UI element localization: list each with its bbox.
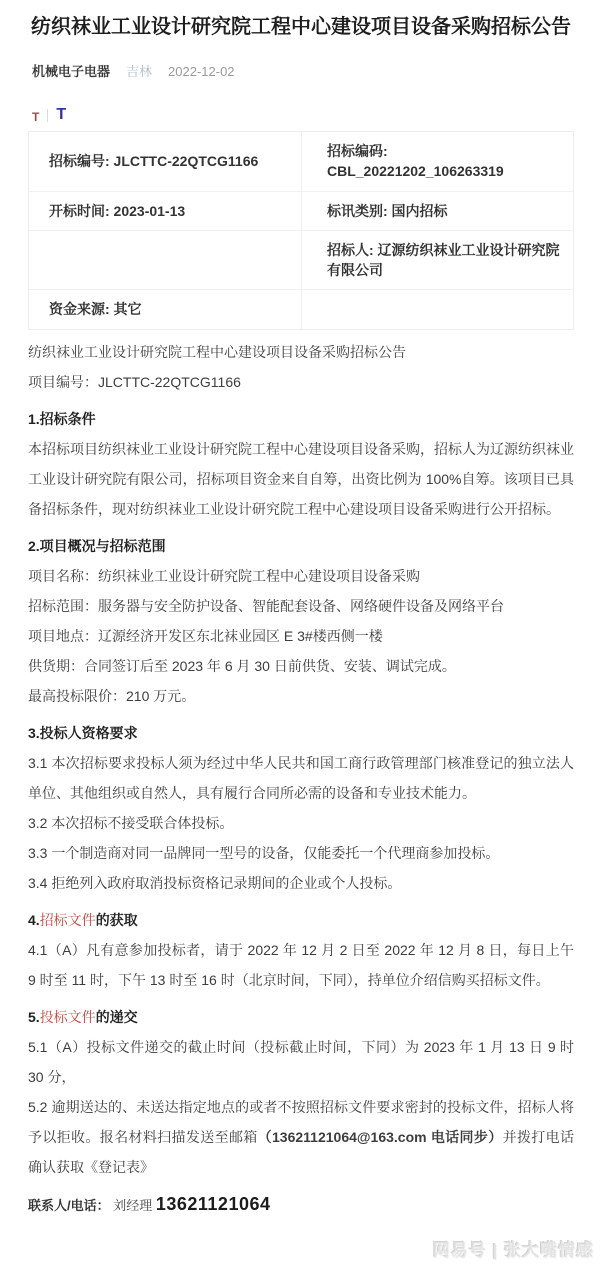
bid-scope-line: 招标范围：服务器与安全防护设备、智能配套设备、网络硬件设备及网络平台 <box>28 591 574 621</box>
section-5-heading: 5.投标文件的递交 <box>28 1002 574 1032</box>
section-4-heading-segment: 4. <box>28 912 40 928</box>
section-4-heading-segment: 的获取 <box>96 912 138 928</box>
section-3-heading-segment: 3.投标人资格要求 <box>28 725 138 741</box>
clause-3-1: 3.1 本次招标要求投标人须为经过中华人民共和国工商行政管理部门核准登记的独立法… <box>28 748 574 808</box>
table-cell-left-row4: 资金来源: 其它 <box>29 289 301 328</box>
max-price-line: 最高投标限价：210 万元。 <box>28 681 574 711</box>
project-number-line-segment: 项目编号：JLCTTC-22QTCG1166 <box>28 374 241 390</box>
section-1-body-segment: 本招标项目纺织袜业工业设计研究院工程中心建设项目设备采购，招标人为辽源纺织袜业工… <box>28 441 574 517</box>
article: 纺织袜业工业设计研究院工程中心建设项目设备采购招标公告项目编号：JLCTTC-2… <box>28 337 574 1221</box>
section-2-heading: 2.项目概况与招标范围 <box>28 531 574 561</box>
section-5-heading-segment: 投标文件 <box>40 1009 96 1025</box>
clause-3-1-segment: 3.1 本次招标要求投标人须为经过中华人民共和国工商行政管理部门核准登记的独立法… <box>28 755 574 801</box>
table-cell-right-row2: 标讯类别: 国内招标 <box>301 191 573 230</box>
project-location-line: 项目地点：辽源经济开发区东北袜业园区 E 3#楼西侧一楼 <box>28 621 574 651</box>
font-controls-divider <box>47 109 48 122</box>
publish-date: 2022-12-02 <box>168 64 235 79</box>
table-cell-left-row2: 开标时间: 2023-01-13 <box>29 191 301 230</box>
clause-4-1-segment: 4.1（A）凡有意参加投标者，请于 2022 年 12 月 2 日至 2022 … <box>28 942 574 988</box>
contact-line: 联系人/电话： 刘经理 13621121064 <box>28 1189 574 1221</box>
section-1-heading: 1.招标条件 <box>28 404 574 434</box>
category-label: 机械电子电器 <box>32 61 110 80</box>
font-smaller-button[interactable]: T <box>32 111 39 123</box>
clause-5-2: 5.2 逾期送达的、未送达指定地点的或者不按照招标文件要求密封的投标文件，招标人… <box>28 1092 574 1182</box>
region-link[interactable]: 吉林 <box>126 61 152 80</box>
section-1-heading-segment: 1.招标条件 <box>28 411 96 427</box>
bid-scope-line-segment: 招标范围：服务器与安全防护设备、智能配套设备、网络硬件设备及网络平台 <box>28 598 504 614</box>
contact-line-segment: 13621121064 <box>156 1194 271 1214</box>
section-2-heading-segment: 2.项目概况与招标范围 <box>28 538 166 554</box>
section-1-body: 本招标项目纺织袜业工业设计研究院工程中心建设项目设备采购，招标人为辽源纺织袜业工… <box>28 434 574 524</box>
clause-3-2-segment: 3.2 本次招标不接受联合体投标。 <box>28 815 233 831</box>
section-5-heading-segment: 的递交 <box>96 1009 138 1025</box>
page: 纺织袜业工业设计研究院工程中心建设项目设备采购招标公告 机械电子电器 吉林 20… <box>0 13 600 1267</box>
delivery-period-line: 供货期：合同签订后至 2023 年 6 月 30 日前供货、安装、调试完成。 <box>28 651 574 681</box>
clause-5-1-segment: 5.1（A）投标文件递交的截止时间（投标截止时间，下同）为 2023 年 1 月… <box>28 1039 574 1085</box>
announcement-title-line: 纺织袜业工业设计研究院工程中心建设项目设备采购招标公告 <box>28 337 574 367</box>
clause-3-3-segment: 3.3 一个制造商对同一品牌同一型号的设备，仅能委托一个代理商参加投标。 <box>28 845 499 861</box>
watermark: 网易号 | 张大嘴情感 <box>433 1236 594 1261</box>
clause-3-2: 3.2 本次招标不接受联合体投标。 <box>28 808 574 838</box>
announcement-title-line-segment: 纺织袜业工业设计研究院工程中心建设项目设备采购招标公告 <box>28 344 406 360</box>
max-price-line-segment: 最高投标限价：210 万元。 <box>28 688 195 704</box>
clause-3-4: 3.4 拒绝列入政府取消投标资格记录期间的企业或个人投标。 <box>28 868 574 898</box>
table-cell-left-row1: 招标编号: JLCTTC-22QTCG1166 <box>29 132 301 191</box>
section-4-heading: 4.招标文件的获取 <box>28 905 574 935</box>
delivery-period-line-segment: 供货期：合同签订后至 2023 年 6 月 30 日前供货、安装、调试完成。 <box>28 658 456 674</box>
section-5-heading-segment: 5. <box>28 1009 40 1025</box>
table-cell-right-row4 <box>301 289 573 328</box>
section-4-heading-segment: 招标文件 <box>40 912 96 928</box>
info-table: 招标编号: JLCTTC-22QTCG1166招标编码: CBL_2022120… <box>28 131 574 330</box>
clause-4-1: 4.1（A）凡有意参加投标者，请于 2022 年 12 月 2 日至 2022 … <box>28 935 574 995</box>
font-larger-button[interactable]: T <box>56 107 66 123</box>
clause-5-2-segment: （13621121064@163.com 电话同步） <box>258 1129 503 1145</box>
table-cell-left-row3 <box>29 230 301 290</box>
clause-5-1: 5.1（A）投标文件递交的截止时间（投标截止时间，下同）为 2023 年 1 月… <box>28 1032 574 1092</box>
project-name-line-segment: 项目名称：纺织袜业工业设计研究院工程中心建设项目设备采购 <box>28 568 420 584</box>
project-name-line: 项目名称：纺织袜业工业设计研究院工程中心建设项目设备采购 <box>28 561 574 591</box>
project-number-line: 项目编号：JLCTTC-22QTCG1166 <box>28 367 574 397</box>
clause-3-4-segment: 3.4 拒绝列入政府取消投标资格记录期间的企业或个人投标。 <box>28 875 401 891</box>
contact-line-segment: 联系人/电话： <box>28 1198 110 1213</box>
contact-line-segment: 刘经理 <box>110 1198 156 1213</box>
table-cell-right-row1: 招标编码: CBL_20221202_106263319 <box>301 132 573 191</box>
table-cell-right-row3: 招标人: 辽源纺织袜业工业设计研究院有限公司 <box>301 230 573 290</box>
section-3-heading: 3.投标人资格要求 <box>28 718 574 748</box>
meta-row: 机械电子电器 吉林 2022-12-02 <box>28 61 574 80</box>
page-title: 纺织袜业工业设计研究院工程中心建设项目设备采购招标公告 <box>28 13 574 42</box>
font-size-controls: T T <box>28 103 574 123</box>
clause-3-3: 3.3 一个制造商对同一品牌同一型号的设备，仅能委托一个代理商参加投标。 <box>28 838 574 868</box>
project-location-line-segment: 项目地点：辽源经济开发区东北袜业园区 E 3#楼西侧一楼 <box>28 628 383 644</box>
